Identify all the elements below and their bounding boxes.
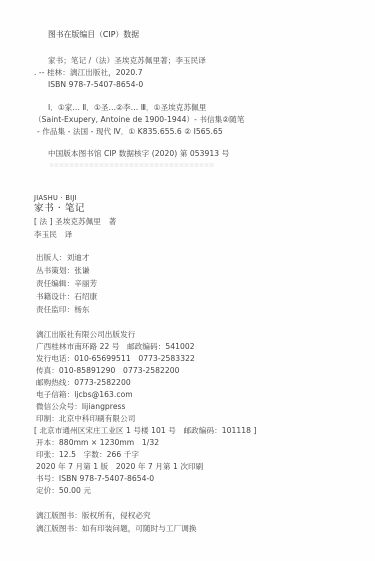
sheets-wordcount: 印张：12.5 字数：266 千字: [36, 450, 139, 460]
publisher-email: 电子信箱：ljcbs@163.com: [36, 390, 133, 400]
edition-printing: 2020 年 7 月第 1 版 2020 年 7 月第 1 次印刷: [36, 462, 203, 472]
book-pinyin: JIASHU · BIJI: [34, 193, 77, 203]
cip-number: 中国版本图书馆 CIP 数据核字 (2020) 第 053913 号: [48, 149, 229, 159]
book-translator: 李玉民 译: [34, 230, 72, 240]
cip-line: . -- 桂林：漓江出版社，2020.7: [34, 68, 143, 78]
book-author: [ 法 ] 圣埃克苏佩里 著: [34, 217, 116, 227]
publisher-phone: 发行电话：010-65699511 0773-2583322: [36, 354, 195, 364]
publisher-wechat: 微信公众号：lijiangpress: [36, 402, 126, 412]
cip-classification-line: - 作品集 - 法国 - 现代 Ⅳ．① K835.655.6 ② I565.65: [37, 127, 223, 137]
credit-designer: 书籍设计：石绍康: [36, 292, 97, 302]
credit-print-supervisor: 责任监印：杨东: [36, 305, 90, 315]
format-size: 开本：880mm × 1230mm 1/32: [36, 438, 159, 448]
cip-classification-line: （Saint-Exupery, Antoine de 1900-1944）- 书…: [34, 115, 244, 125]
price: 定价：50.00 元: [36, 486, 91, 496]
cip-classification-line: Ⅰ．①家… Ⅱ．①圣…②李… Ⅲ．①圣埃克苏佩里: [48, 103, 206, 113]
cip-heading: 图书在版编目（CIP）数据: [48, 30, 139, 40]
publisher-mail-order: 邮购热线：0773-2582200: [36, 378, 131, 388]
credit-publisher: 出版人：刘迪才: [36, 253, 90, 263]
book-title: 家书 · 笔记: [34, 204, 85, 214]
bleed-through-divider: [50, 163, 215, 167]
printer-name: 印制：北京中科印刷有限公司: [36, 414, 135, 424]
cip-isbn: ISBN 978-7-5407-8654-0: [48, 80, 143, 90]
book-number-isbn: 书号：ISBN 978-7-5407-8654-0: [36, 474, 154, 484]
copyright-page: 图书在版编目（CIP）数据 家书；笔记 /（法）圣埃克苏佩里著；李玉民译 . -…: [0, 0, 375, 561]
copyright-notice: 漓江版图书：版权所有，侵权必究: [36, 511, 151, 521]
credit-editor: 责任编辑：辛丽芳: [36, 279, 97, 289]
print-defect-notice: 漓江版图书：如有印装问题，可随时与工厂调换: [36, 524, 197, 534]
publisher-name: 漓江出版社有限公司出版发行: [36, 330, 135, 340]
cip-line: 家书；笔记 /（法）圣埃克苏佩里著；李玉民译: [48, 56, 206, 66]
credit-series-planner: 丛书策划：张谦: [36, 266, 90, 276]
publisher-fax: 传真：010-85891290 0773-2582200: [36, 366, 180, 376]
printer-address: [ 北京市通州区宋庄工业区 1 号楼 101 号 邮政编码：101118 ]: [34, 426, 257, 436]
publisher-address: 广西桂林市南环路 22 号 邮政编码：541002: [36, 342, 195, 352]
